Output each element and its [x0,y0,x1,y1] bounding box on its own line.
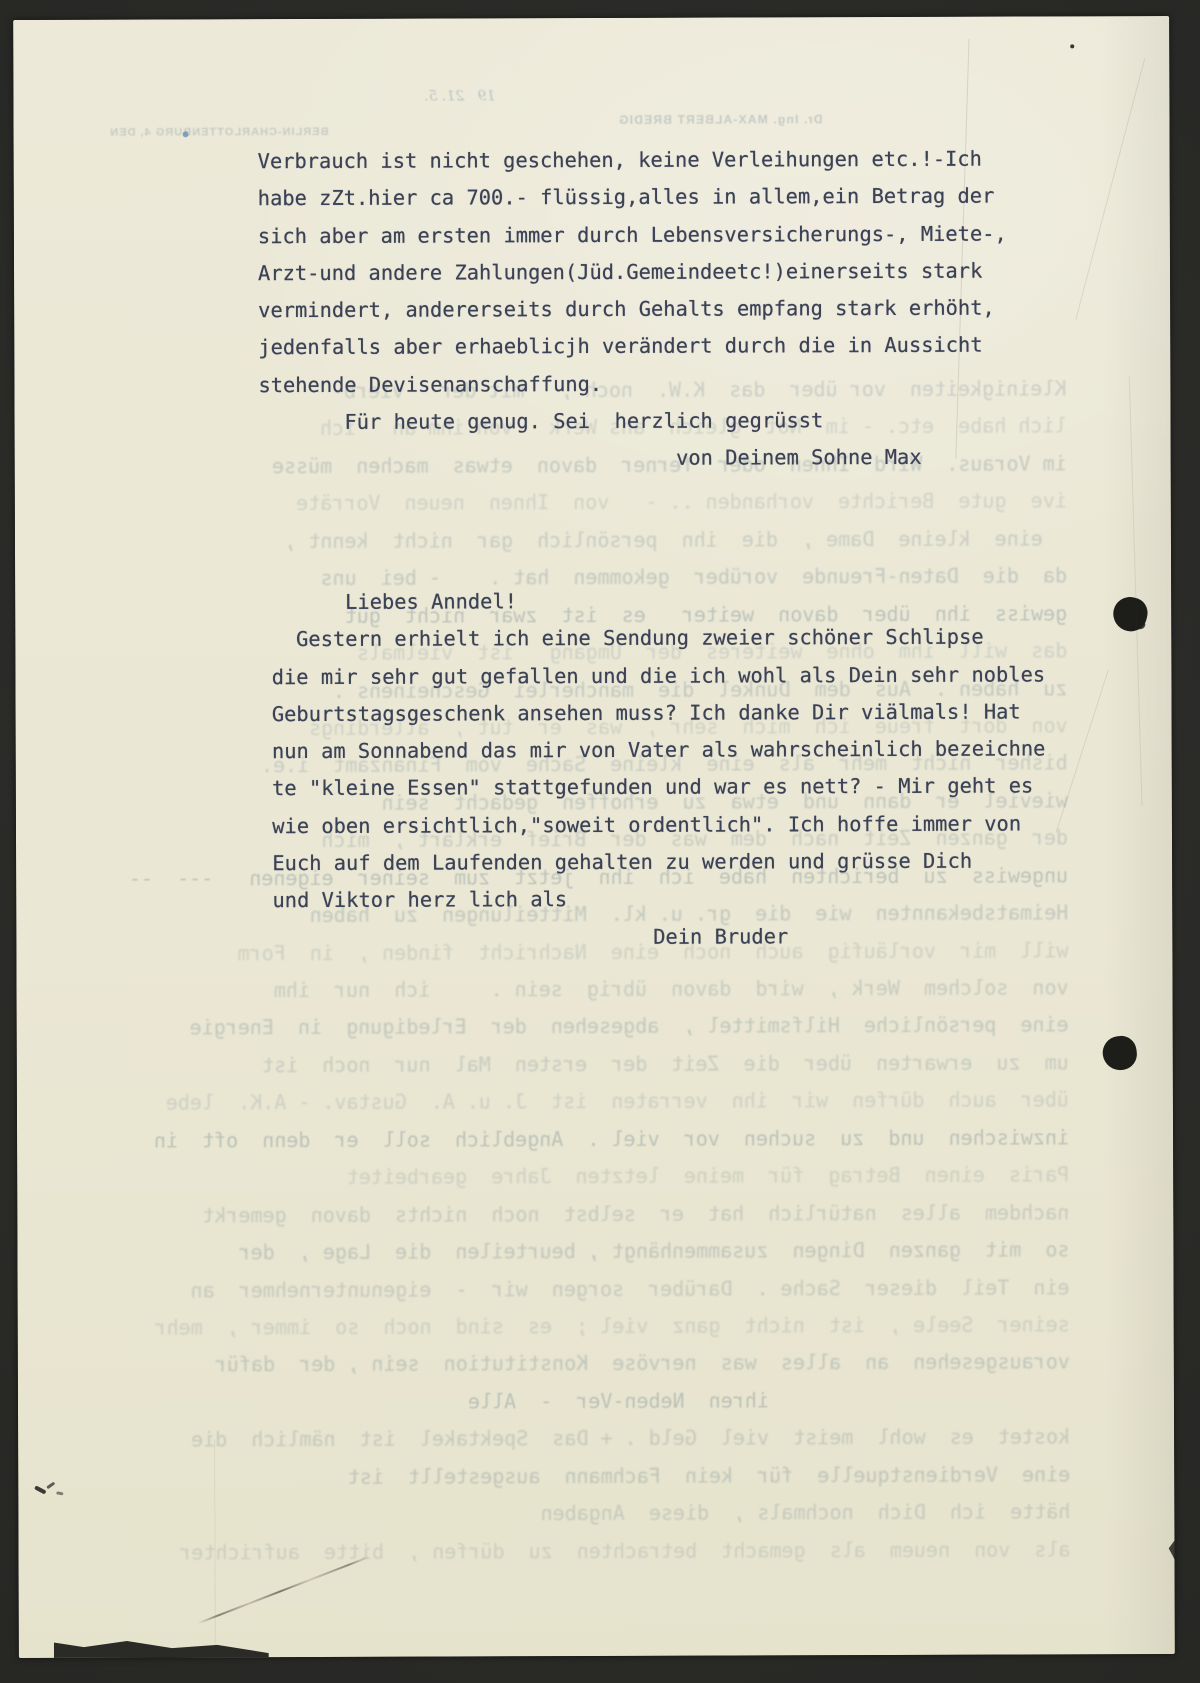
typed-line: die mir sehr gut gefallen und die ich wo… [259,656,1045,696]
pencil-dot [1070,44,1074,48]
typed-line: Verbrauch ist nicht geschehen, keine Ver… [258,141,1007,181]
bleedthrough-line: um zu erwarten über die Zeit der ersten … [29,1044,1069,1085]
bleedthrough-line: vorausgesehen an alles was nervöse Konst… [30,1344,1070,1385]
bleedthrough-line: Paris einen Betrag für meine letzten Jah… [29,1157,1069,1198]
bleedthrough-letterhead-name: Dr. Ing. MAX-ALBERT BREDIG [632,112,822,127]
bleedthrough-line: ive gute Berichte vorhanden .. - von Ihn… [27,483,1067,524]
bleedthrough-line: eine persönliche Hilfsmittel , abgesehen… [29,1007,1069,1048]
bleedthrough-line: eine Verdienstquelle für kein Fachmann a… [30,1456,1070,1497]
typed-line: Dein Bruder [260,917,1046,957]
bleedthrough-line: kostet es wohl meist viel Geld . + Das S… [30,1419,1070,1460]
ink-speck [183,131,189,137]
torn-edge-right [1164,1538,1174,1564]
scan-background: 19 21. 5. Dr. Ing. MAX-ALBERT BREDIG BER… [0,0,1200,1683]
typed-line: te "kleine Essen" stattgefunden und war … [260,768,1046,808]
typed-line: wie oben ersichtlich,"soweit ordentlich"… [260,805,1046,845]
hole-punch-top [1110,594,1150,634]
crease-mark [1075,59,1145,320]
hole-punch-bottom [1101,1034,1140,1073]
crease-mark [1129,376,1143,806]
typed-line: Euch auf dem Laufenden gehalten zu werde… [260,843,1046,883]
bleedthrough-line: eine kleine Dame , die ihn persönlich ga… [27,520,1067,561]
typed-line: sich aber am ersten immer durch Lebensve… [258,215,1007,255]
bleedthrough-line: inzwischen und zu suchen vor viel . Ange… [29,1119,1069,1160]
typed-line: von Deinem Sohne Max [259,439,1008,479]
letter-to-father-text: Verbrauch ist nicht geschehen, keine Ver… [258,141,1008,479]
pencil-marks [30,1482,100,1522]
typed-line: Arzt-und andere Zahlungen(Jüd.Gemeindeet… [258,252,1007,292]
typed-line: stehende Devisenanschaffung. [258,364,1007,404]
bleedthrough-line: so mit ganzen Dingen zusammenhängt , beu… [29,1231,1069,1272]
bleedthrough-letterhead-date: 19 21. 5. [305,88,495,105]
letter-to-anndel-text: Liebes Anndel! Gestern erhielt ich eine … [259,581,1046,957]
typed-line: nun am Sonnabend das mir von Vater als w… [260,731,1046,771]
typed-line: Für heute genug. Sei herzlich gegrüsst [258,402,1007,442]
typed-line: Gestern erhielt ich eine Sendung zweier … [259,619,1045,659]
letter-page: 19 21. 5. Dr. Ing. MAX-ALBERT BREDIG BER… [13,16,1175,1658]
typed-line: Liebes Anndel! [259,581,1045,621]
bleedthrough-line: als von neuem als gemacht betrachten zu … [30,1531,1070,1572]
bleedthrough-line: seiner Seele , ist nicht ganz viel ; es … [30,1306,1070,1347]
bleedthrough-line: über auch dürfen wir ihn verraten ist J.… [29,1082,1069,1123]
typed-line: jedenfalls aber erhaeblicjh verändert du… [258,327,1007,367]
bleedthrough-line: nachdem alles natürlich hat er selbst no… [29,1194,1069,1235]
bleedthrough-line: ihren Neben-Ver - Alle [30,1381,1070,1422]
bleedthrough-letterhead-address: BERLIN-CHARLOTTENBURG 4, DEN [114,126,329,139]
torn-edge-bottom-left [54,1629,269,1658]
typed-line: und Viktor herz lich als [260,880,1046,920]
bleedthrough-body-text: Kleinigkeiten vor über das K.W. noch , m… [26,370,1070,1572]
typed-line: vermindert, andererseits durch Gehalts e… [258,290,1007,330]
bleedthrough-line: ein Teil dieser Sache . Darüber sorgen w… [30,1269,1070,1310]
bleedthrough-line: von solchem Werk , wird davon übrig sein… [28,969,1068,1010]
typed-line: habe zZt.hier ca 700.- flüssig,alles in … [258,178,1007,218]
typed-line: Geburtstagsgeschenk ansehen muss? Ich da… [260,693,1046,733]
bleedthrough-line: hätte ich Dich nochmals , diese Angaben [30,1493,1070,1534]
